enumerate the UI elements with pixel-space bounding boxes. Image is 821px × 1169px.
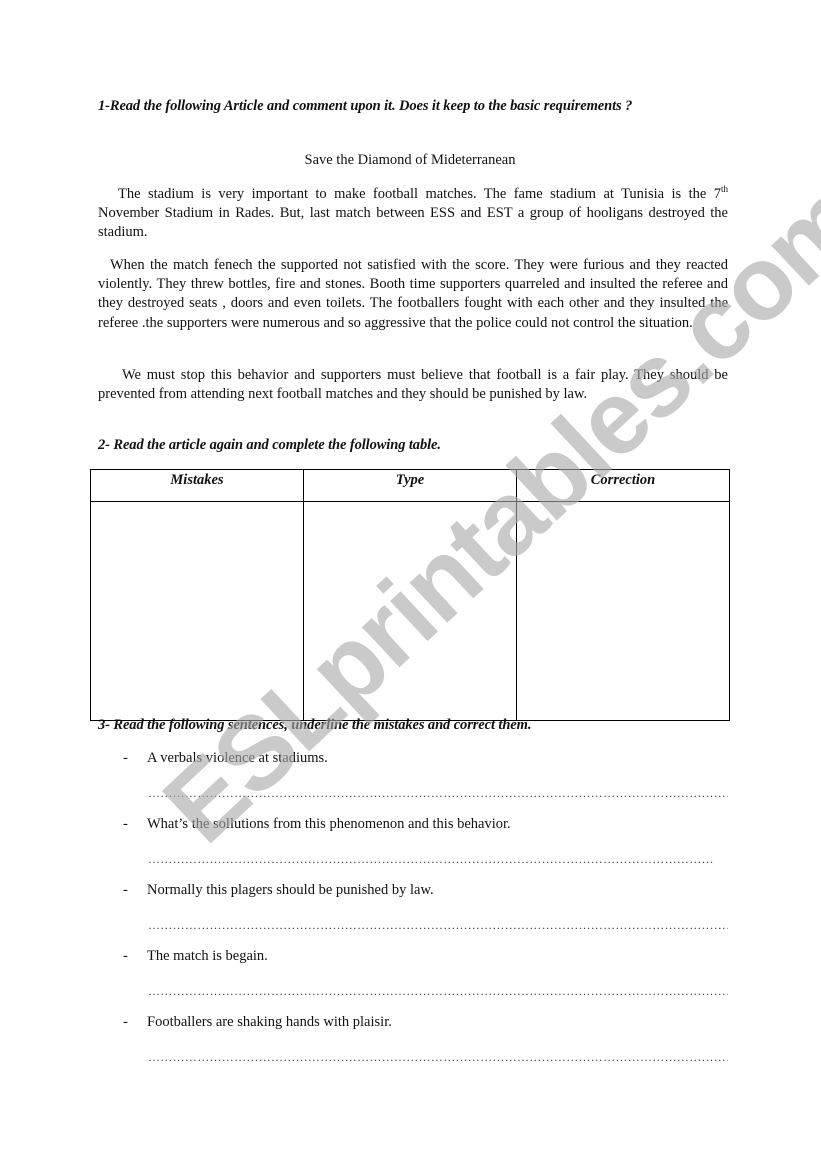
bullet-dash: -: [123, 1013, 147, 1032]
sentence-item: -Footballers are shaking hands with plai…: [123, 1013, 733, 1032]
section1-heading: 1-Read the following Article and comment…: [98, 97, 738, 116]
sentence-text: What’s the sollutions from this phenomen…: [147, 816, 511, 832]
sentence-text: The match is begain.: [147, 948, 268, 964]
column-header-type: Type: [304, 470, 517, 502]
bullet-dash: -: [123, 749, 147, 768]
article-paragraph-1: The stadium is very important to make fo…: [98, 185, 728, 243]
section2-heading: 2- Read the article again and complete t…: [98, 436, 738, 455]
answer-line[interactable]: ……………………………………………………………………………………………………………: [148, 787, 728, 799]
bullet-dash: -: [123, 815, 147, 834]
sentence-item: -The match is begain.: [123, 947, 733, 966]
bullet-dash: -: [123, 947, 147, 966]
table-header-row: Mistakes Type Correction: [91, 470, 730, 502]
article-title: Save the Diamond of Mideterranean: [90, 151, 730, 170]
answer-line[interactable]: ……………………………………………………………………………………………………………: [148, 985, 728, 997]
answer-table: Mistakes Type Correction: [90, 469, 730, 721]
answer-line[interactable]: ……………………………………………………………………………………………………………: [148, 1051, 728, 1063]
sentence-text: A verbals violence at stadiums.: [147, 750, 328, 766]
mistakes-cell[interactable]: [91, 502, 304, 721]
table-row: [91, 502, 730, 721]
article-paragraph-2: When the match fenech the supported not …: [98, 256, 728, 333]
answer-line[interactable]: ……………………………………………………………………………………………………………: [148, 853, 713, 865]
paragraph-text: November Stadium in Rades. But, last mat…: [98, 205, 728, 240]
paragraph-text: The stadium is very important to make fo…: [118, 186, 721, 202]
sentence-item: -Normally this plagers should be punishe…: [123, 881, 733, 900]
sentence-item: -A verbals violence at stadiums.: [123, 749, 733, 768]
type-cell[interactable]: [304, 502, 517, 721]
superscript: th: [721, 184, 728, 194]
column-header-mistakes: Mistakes: [91, 470, 304, 502]
bullet-dash: -: [123, 881, 147, 900]
sentence-item: -What’s the sollutions from this phenome…: [123, 815, 733, 834]
article-paragraph-3: We must stop this behavior and supporter…: [98, 366, 728, 404]
sentence-text: Normally this plagers should be punished…: [147, 882, 434, 898]
sentence-text: Footballers are shaking hands with plais…: [147, 1014, 392, 1030]
answer-line[interactable]: ……………………………………………………………………………………………………………: [148, 919, 728, 931]
section3-heading: 3- Read the following sentences, underli…: [98, 716, 738, 735]
worksheet-page: 1-Read the following Article and comment…: [0, 0, 821, 1169]
correction-cell[interactable]: [517, 502, 730, 721]
column-header-correction: Correction: [517, 470, 730, 502]
